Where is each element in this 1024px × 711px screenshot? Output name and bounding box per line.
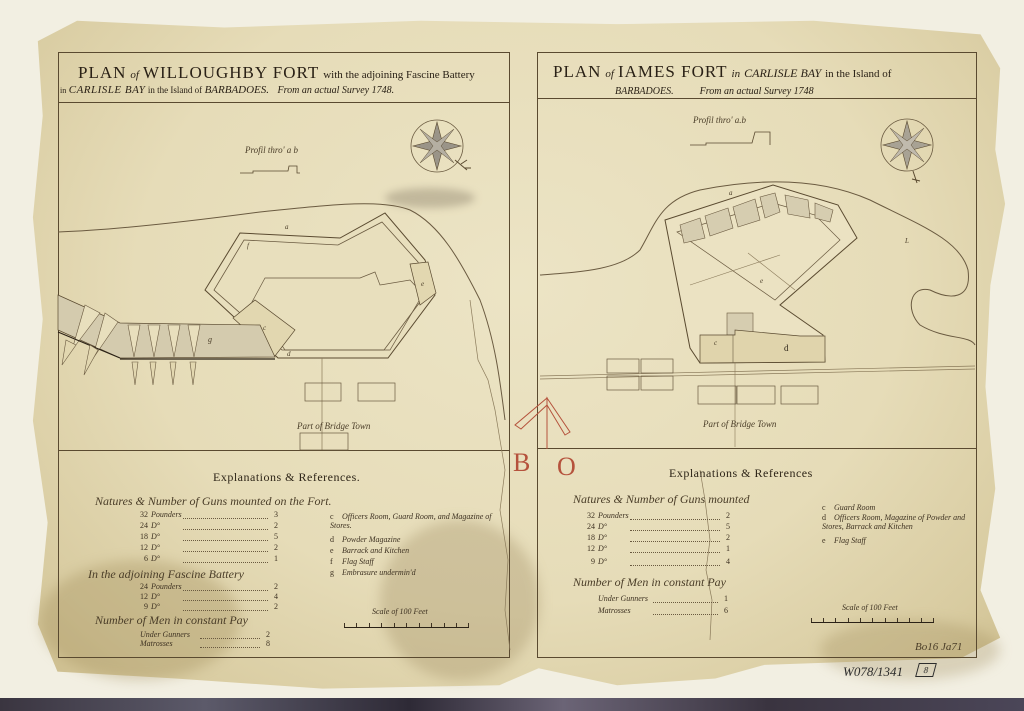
svg-text:e: e [760, 277, 763, 285]
svg-text:L: L [904, 237, 909, 245]
men-heading: Number of Men in constant Pay [573, 575, 726, 590]
gun-count: 2 [720, 533, 730, 542]
calibre: 18 [575, 533, 595, 542]
men-count: 1 [718, 594, 728, 603]
reference-item: cGuard Room [822, 503, 875, 512]
sheet-letter-o: O [557, 452, 576, 482]
gun-row: 24D°5 [575, 522, 730, 531]
calibre: 32 [575, 511, 595, 520]
shelf-mark: Bo16 Ja71 [915, 641, 962, 653]
compass-rose-icon [881, 119, 933, 183]
ref-text: Officers Room, Magazine of Powder and St… [822, 513, 965, 531]
gun-row: 9D°4 [575, 557, 730, 566]
guns-heading: Natures & Number of Guns mounted [573, 492, 750, 507]
svg-text:a: a [729, 189, 733, 197]
svg-text:d: d [784, 343, 789, 353]
gun-row: 12D°1 [575, 544, 730, 553]
catalog-box: 8 [915, 663, 937, 677]
gun-count: 4 [720, 557, 730, 566]
role: Under Gunners [598, 594, 653, 603]
ref-key: d [822, 513, 834, 522]
unit: D° [598, 557, 630, 566]
explanations-title: Explanations & References [669, 466, 813, 481]
role: Matrosses [598, 606, 653, 615]
ref-text: Guard Room [834, 503, 875, 512]
calibre: 24 [575, 522, 595, 531]
men-row: Under Gunners1 [598, 594, 728, 603]
gun-count: 1 [720, 544, 730, 553]
men-row: Matrosses6 [598, 606, 728, 615]
unit: Pounders [598, 511, 630, 520]
scale-label: Scale of 100 Feet [842, 603, 898, 612]
calibre: 12 [575, 544, 595, 553]
sheet-letter-b: B [513, 448, 530, 478]
men-count: 6 [718, 606, 728, 615]
scale-bar [811, 619, 934, 623]
unit: D° [598, 522, 630, 531]
reference-item: eFlag Staff [822, 536, 866, 545]
unit: D° [598, 533, 630, 542]
reference-item: dOfficers Room, Magazine of Powder and S… [822, 513, 972, 531]
calibre: 9 [575, 557, 595, 566]
ref-key: e [822, 536, 834, 545]
ref-text: Flag Staff [834, 536, 866, 545]
gun-row: 18D°2 [575, 533, 730, 542]
catalog-number: W078/1341 [843, 664, 903, 680]
town-label: Part of Bridge Town [703, 419, 776, 429]
gun-count: 5 [720, 522, 730, 531]
gun-row: 32Pounders2 [575, 511, 730, 520]
ref-key: c [822, 503, 834, 512]
gun-count: 2 [720, 511, 730, 520]
unit: D° [598, 544, 630, 553]
